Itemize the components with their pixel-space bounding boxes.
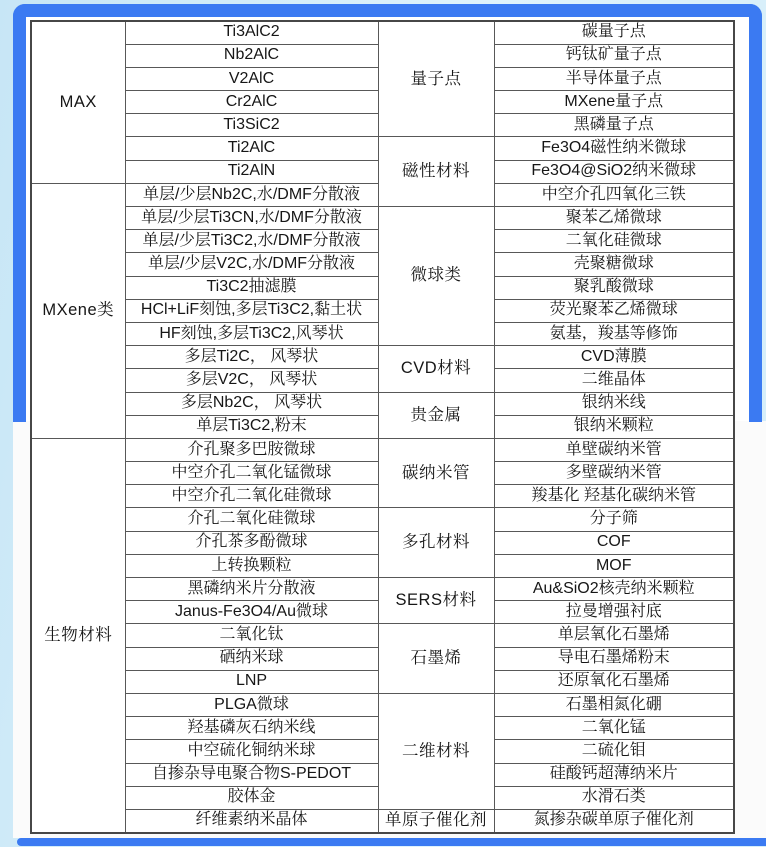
table-row: 多层Nb2C， 风琴状贵金属银纳米线 — [31, 392, 734, 415]
material-cell: HF刻蚀,多层Ti3C2,风琴状 — [125, 322, 378, 345]
material-cell: 黑磷纳米片分散液 — [125, 578, 378, 601]
material-cell: 中空介孔二氧化锰微球 — [125, 462, 378, 485]
material-cell: 石墨相氮化硼 — [494, 693, 734, 716]
material-cell: 银纳米颗粒 — [494, 415, 734, 438]
material-cell: 银纳米线 — [494, 392, 734, 415]
material-cell: Au&SiO2核壳纳米颗粒 — [494, 578, 734, 601]
material-cell: 自掺杂导电聚合物S-PEDOT — [125, 763, 378, 786]
material-cell: 单壁碳纳米管 — [494, 438, 734, 461]
material-cell: Fe3O4磁性纳米微球 — [494, 137, 734, 160]
material-cell: 纤维素纳米晶体 — [125, 809, 378, 832]
material-cell: 单层/少层Ti3CN,水/DMF分散液 — [125, 207, 378, 230]
material-cell: 中空介孔四氧化三铁 — [494, 183, 734, 206]
material-cell: 介孔聚多巴胺微球 — [125, 438, 378, 461]
material-cell: Ti3AlC2 — [125, 21, 378, 44]
material-cell: 单层/少层V2C,水/DMF分散液 — [125, 253, 378, 276]
material-cell: 单层Ti3C2,粉末 — [125, 415, 378, 438]
material-cell: LNP — [125, 670, 378, 693]
material-cell: 中空介孔二氧化硅微球 — [125, 485, 378, 508]
material-cell: 聚苯乙烯微球 — [494, 207, 734, 230]
category-cell: 贵金属 — [378, 392, 494, 438]
table-row: PLGA微球二维材料石墨相氮化硼 — [31, 693, 734, 716]
table-row: 二氧化钛石墨烯单层氧化石墨烯 — [31, 624, 734, 647]
material-cell: MOF — [494, 554, 734, 577]
material-cell: Fe3O4@SiO2纳米微球 — [494, 160, 734, 183]
material-cell: 导电石墨烯粉末 — [494, 647, 734, 670]
material-cell: Janus-Fe3O4/Au微球 — [125, 601, 378, 624]
category-cell: 单原子催化剂 — [378, 809, 494, 832]
material-cell: 二维晶体 — [494, 369, 734, 392]
table-row: Ti2AlC磁性材料Fe3O4磁性纳米微球 — [31, 137, 734, 160]
material-cell: 硅酸钙超薄纳米片 — [494, 763, 734, 786]
category-cell: 碳纳米管 — [378, 438, 494, 508]
table-row: 黑磷纳米片分散液SERS材料Au&SiO2核壳纳米颗粒 — [31, 578, 734, 601]
material-cell: Ti3C2抽滤膜 — [125, 276, 378, 299]
material-cell: 碳量子点 — [494, 21, 734, 44]
material-cell: 羟基磷灰石纳米线 — [125, 717, 378, 740]
category-cell: MAX — [31, 21, 125, 183]
material-cell: 多层V2C， 风琴状 — [125, 369, 378, 392]
material-cell: 介孔二氧化硅微球 — [125, 508, 378, 531]
table-row: 单层/少层Ti3CN,水/DMF分散液微球类聚苯乙烯微球 — [31, 207, 734, 230]
material-cell: Ti3SiC2 — [125, 114, 378, 137]
table-row: 纤维素纳米晶体单原子催化剂氮掺杂碳单原子催化剂 — [31, 809, 734, 832]
materials-table-body: MAXTi3AlC2量子点碳量子点Nb2AlC钙钛矿量子点V2AlC半导体量子点… — [31, 21, 734, 833]
category-cell: 生物材料 — [31, 438, 125, 832]
material-cell: 氮掺杂碳单原子催化剂 — [494, 809, 734, 832]
materials-table: MAXTi3AlC2量子点碳量子点Nb2AlC钙钛矿量子点V2AlC半导体量子点… — [30, 20, 735, 834]
material-cell: 还原氧化石墨烯 — [494, 670, 734, 693]
material-cell: 拉曼增强衬底 — [494, 601, 734, 624]
table-row: 生物材料介孔聚多巴胺微球碳纳米管单壁碳纳米管 — [31, 438, 734, 461]
table-row: 多层Ti2C， 风琴状CVD材料CVD薄膜 — [31, 346, 734, 369]
material-cell: 二氧化硅微球 — [494, 230, 734, 253]
material-cell: 壳聚糖微球 — [494, 253, 734, 276]
table-row: MAXTi3AlC2量子点碳量子点 — [31, 21, 734, 44]
material-cell: 钙钛矿量子点 — [494, 44, 734, 67]
category-cell: CVD材料 — [378, 346, 494, 392]
material-cell: MXene量子点 — [494, 91, 734, 114]
material-cell: 上转换颗粒 — [125, 554, 378, 577]
material-cell: 硒纳米球 — [125, 647, 378, 670]
material-cell: 多层Ti2C， 风琴状 — [125, 346, 378, 369]
table-row: 介孔二氧化硅微球多孔材料分子筛 — [31, 508, 734, 531]
material-cell: 二氧化锰 — [494, 717, 734, 740]
category-cell: 多孔材料 — [378, 508, 494, 578]
material-cell: 聚乳酸微球 — [494, 276, 734, 299]
material-cell: 羧基化 羟基化碳纳米管 — [494, 485, 734, 508]
material-cell: COF — [494, 531, 734, 554]
material-cell: 二氧化钛 — [125, 624, 378, 647]
material-cell: 介孔茶多酚微球 — [125, 531, 378, 554]
category-cell: 量子点 — [378, 21, 494, 137]
material-cell: 中空硫化铜纳米球 — [125, 740, 378, 763]
material-cell: 黑磷量子点 — [494, 114, 734, 137]
blue-bottom-bar — [17, 838, 766, 846]
material-cell: CVD薄膜 — [494, 346, 734, 369]
material-catalog-image: MAXTi3AlC2量子点碳量子点Nb2AlC钙钛矿量子点V2AlC半导体量子点… — [0, 0, 766, 847]
material-cell: 单层/少层Nb2C,水/DMF分散液 — [125, 183, 378, 206]
material-cell: 水滑石类 — [494, 786, 734, 809]
material-cell: 单层/少层Ti3C2,水/DMF分散液 — [125, 230, 378, 253]
category-cell: 磁性材料 — [378, 137, 494, 207]
material-cell: Cr2AlC — [125, 91, 378, 114]
category-cell: 石墨烯 — [378, 624, 494, 694]
material-cell: 分子筛 — [494, 508, 734, 531]
material-cell: HCl+LiF刻蚀,多层Ti3C2,黏土状 — [125, 299, 378, 322]
material-cell: 荧光聚苯乙烯微球 — [494, 299, 734, 322]
material-cell: V2AlC — [125, 67, 378, 90]
material-cell: 单层氧化石墨烯 — [494, 624, 734, 647]
material-cell: 半导体量子点 — [494, 67, 734, 90]
material-cell: 多壁碳纳米管 — [494, 462, 734, 485]
material-cell: PLGA微球 — [125, 693, 378, 716]
category-cell: 二维材料 — [378, 693, 494, 809]
material-cell: 氨基，羧基等修饰 — [494, 322, 734, 345]
material-cell: Ti2AlC — [125, 137, 378, 160]
material-cell: Ti2AlN — [125, 160, 378, 183]
material-cell: 二硫化钼 — [494, 740, 734, 763]
category-cell: 微球类 — [378, 207, 494, 346]
material-cell: Nb2AlC — [125, 44, 378, 67]
material-cell: 多层Nb2C， 风琴状 — [125, 392, 378, 415]
category-cell: SERS材料 — [378, 578, 494, 624]
category-cell: MXene类 — [31, 183, 125, 438]
material-cell: 胶体金 — [125, 786, 378, 809]
